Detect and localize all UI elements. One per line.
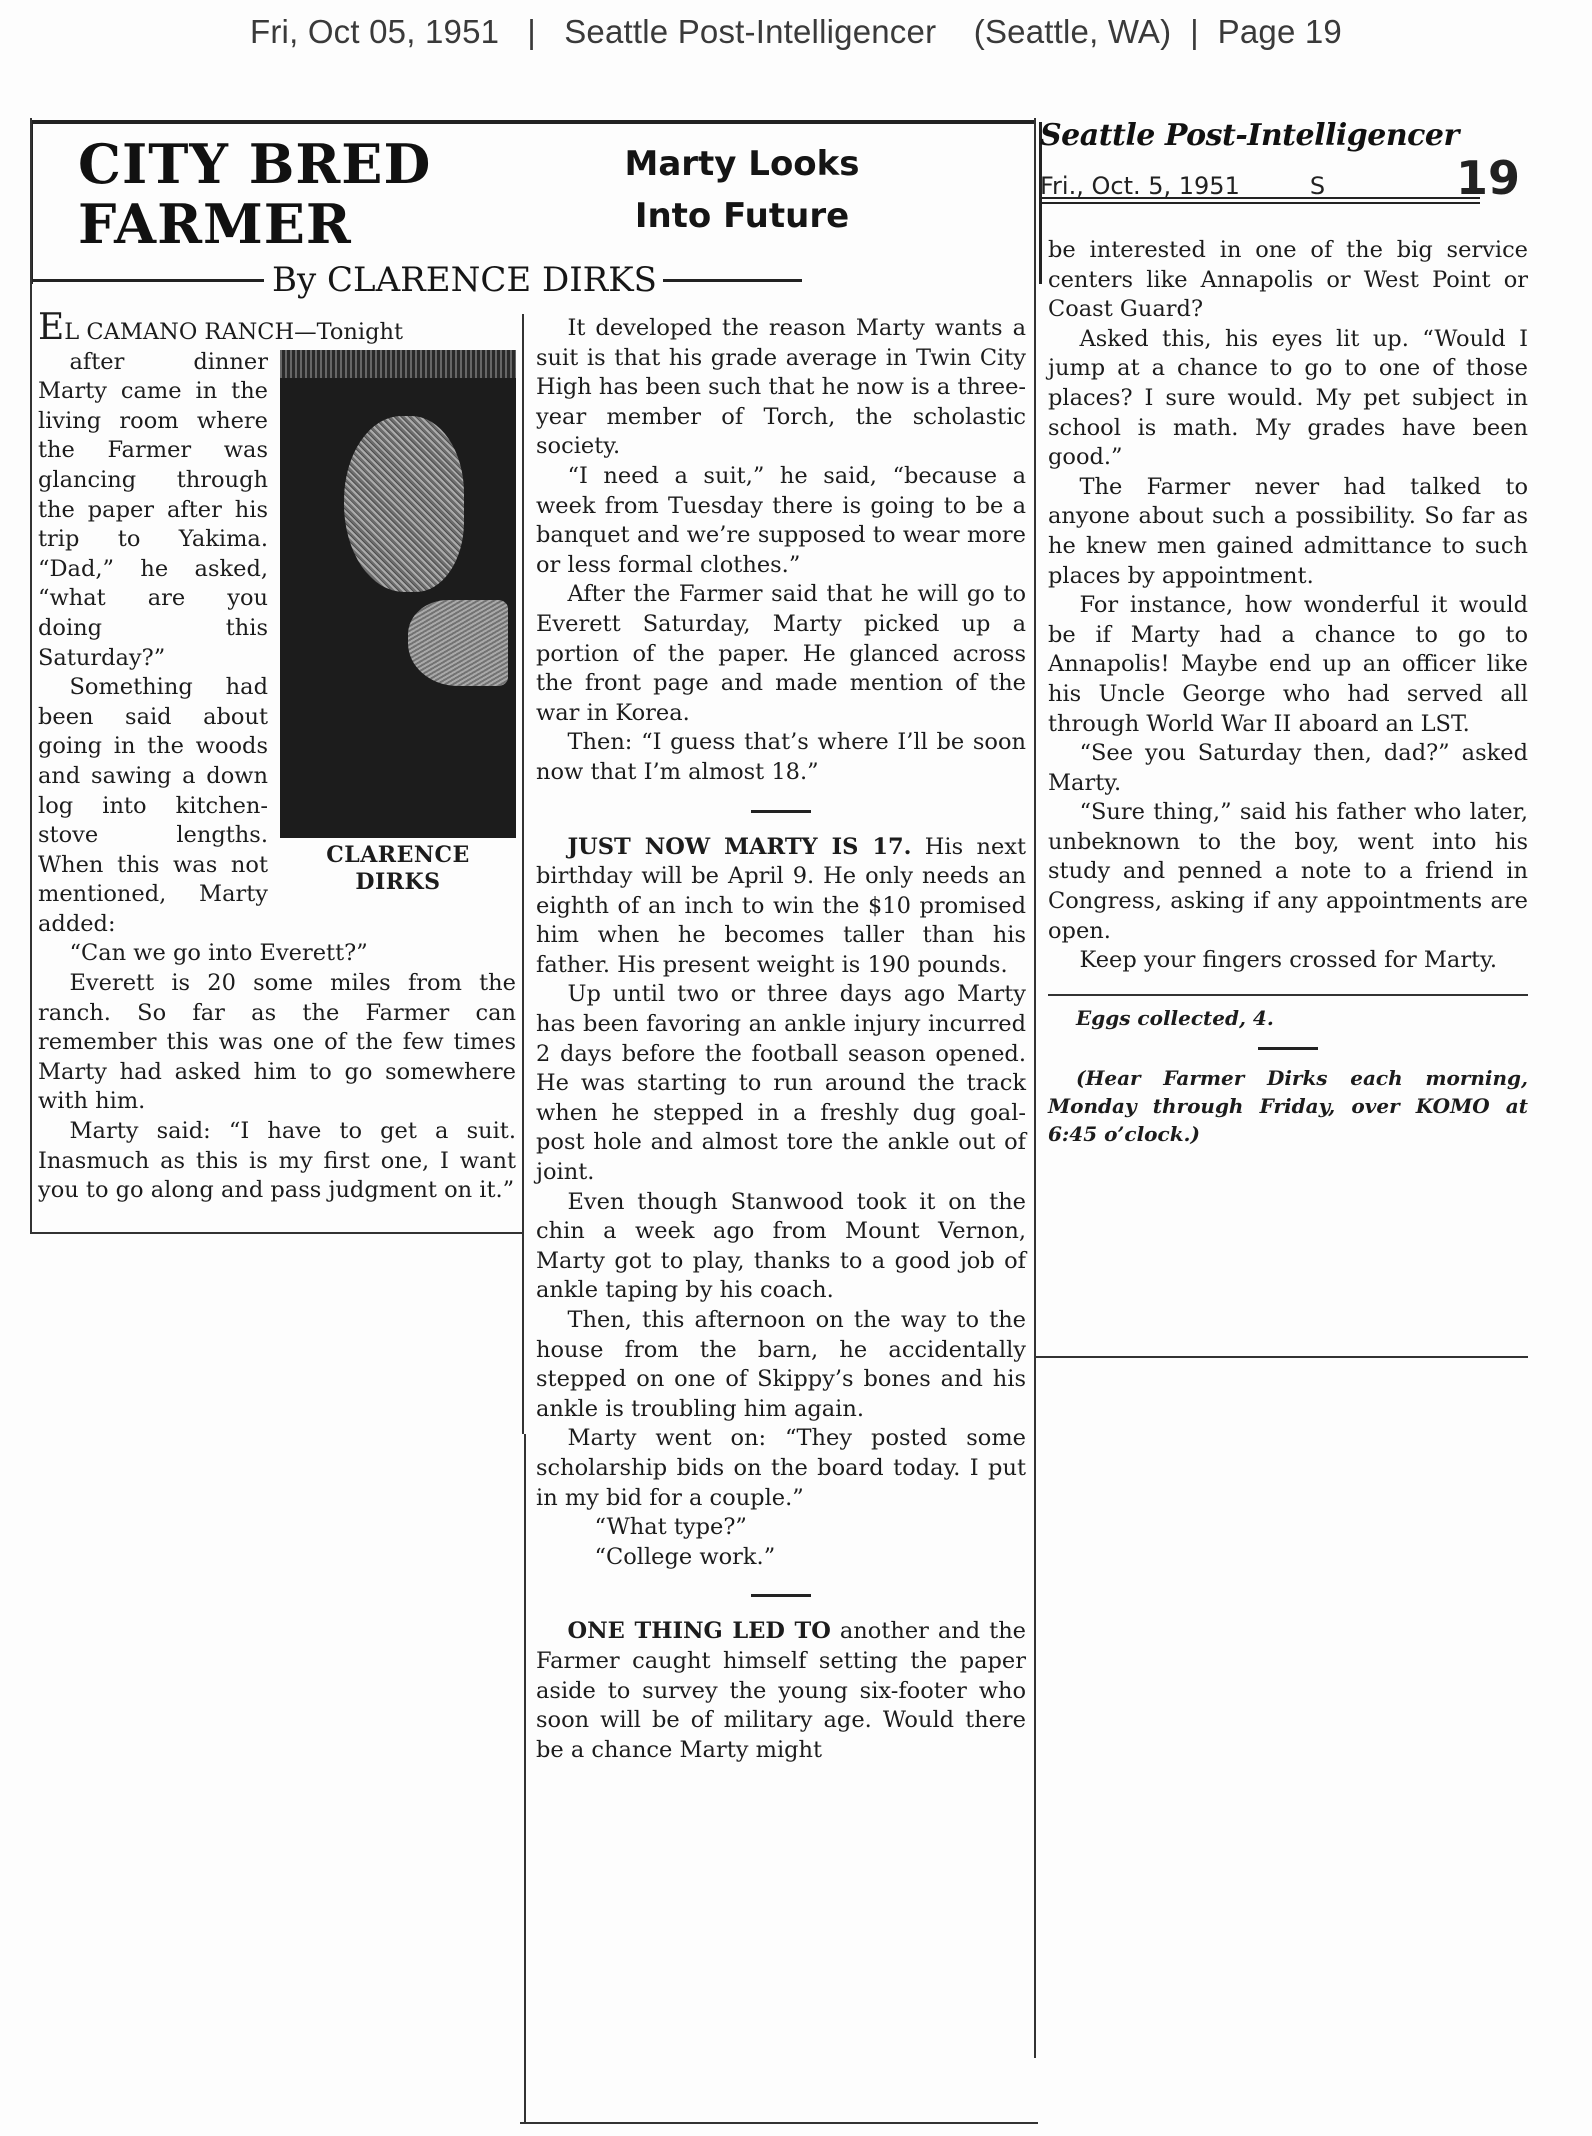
paragraph: For instance, how wonderful it would be … (1048, 591, 1528, 739)
radio-note: (Hear Farmer Dirks each morning, Monday … (1048, 1064, 1528, 1148)
portrait-photo-icon (280, 350, 516, 838)
header-date: Fri, Oct 05, 1951 (250, 13, 499, 50)
section-divider (751, 1594, 811, 1597)
paragraph: “College work.” (536, 1543, 1026, 1573)
column-rule (1034, 1356, 1528, 1358)
section-paragraph: JUST NOW MARTY IS 17. His next birthday … (536, 833, 1026, 981)
paragraph: After the Farmer said that he will go to… (536, 580, 1026, 728)
section-lead: JUST NOW MARTY IS 17. (568, 834, 912, 860)
section-divider (1258, 1047, 1318, 1050)
subhead-line2: Into Future (612, 190, 872, 242)
header-page: Page 19 (1218, 13, 1342, 50)
paragraph: “What type?” (536, 1513, 1026, 1543)
article-column-2: It developed the reason Marty wants a su… (530, 314, 1026, 1765)
masthead-date: Fri., Oct. 5, 1951 (1040, 172, 1240, 200)
masthead-edition: S (1310, 172, 1325, 200)
column-rule (524, 1434, 526, 2124)
paragraph: Even though Stanwood took it on the chin… (536, 1188, 1026, 1306)
section-lead: ONE THING LED TO (568, 1618, 831, 1644)
section-divider (1048, 994, 1528, 996)
author-photo-block: CLARENCE DIRKS (280, 350, 516, 896)
column-rule (30, 1232, 524, 1234)
paragraph: Everett is 20 some miles from the ranch.… (38, 969, 516, 1117)
dateline-text: L CAMANO RANCH—Tonight (64, 319, 403, 345)
byline-rule-left (32, 279, 264, 282)
paragraph: Then: “I guess that’s where I’ll be soon… (536, 728, 1026, 787)
newspaper-clipping: CITY BRED FARMER Marty Looks Into Future… (22, 118, 1532, 2128)
paragraph: “See you Saturday then, dad?” asked Mart… (1048, 739, 1528, 798)
paragraph: Marty said: “I have to get a suit. Inasm… (38, 1117, 516, 1206)
byline-text: By CLARENCE DIRKS (272, 260, 657, 300)
column-rule (1034, 118, 1036, 2058)
eggs-note: Eggs collected, 4. (1048, 1004, 1528, 1034)
dropcap: E (38, 307, 64, 348)
paragraph: It developed the reason Marty wants a su… (536, 314, 1026, 462)
header-separator: | (527, 13, 536, 50)
subhead-line1: Marty Looks (612, 138, 872, 190)
article-subhead: Marty Looks Into Future (612, 138, 872, 242)
dateline: EL CAMANO RANCH—Tonight (38, 314, 516, 348)
paragraph: The Farmer never had talked to anyone ab… (1048, 473, 1528, 591)
paragraph: Then, this afternoon on the way to the h… (536, 1306, 1026, 1424)
photo-caption-line2: DIRKS (280, 869, 516, 896)
column-title-line2: FARMER (78, 194, 431, 254)
paragraph: Up until two or three days ago Marty has… (536, 980, 1026, 1187)
masthead-page-number: 19 (1456, 151, 1520, 205)
paragraph: “Sure thing,” said his father who later,… (1048, 798, 1528, 946)
header-location: (Seattle, WA) (974, 13, 1172, 50)
section-divider (751, 810, 811, 813)
column-title-line1: CITY BRED (78, 134, 431, 194)
paragraph: “I need a suit,” he said, “because a wee… (536, 462, 1026, 580)
paragraph: be interested in one of the big service … (1048, 236, 1528, 325)
header-publication: Seattle Post-Intelligencer (564, 13, 936, 50)
column-rule (520, 2122, 1038, 2124)
paragraph: Asked this, his eyes lit up. “Would I ju… (1048, 325, 1528, 473)
photo-caption: CLARENCE DIRKS (280, 842, 516, 896)
masthead: Seattle Post-Intelligencer Fri., Oct. 5,… (1040, 118, 1530, 204)
header-separator: | (1190, 13, 1199, 50)
paragraph: “Can we go into Everett?” (38, 939, 516, 969)
byline: By CLARENCE DIRKS (32, 260, 802, 300)
column-title: CITY BRED FARMER (78, 134, 431, 254)
photo-caption-line1: CLARENCE (280, 842, 516, 869)
paragraph: Marty went on: “They posted some scholar… (536, 1424, 1026, 1513)
article-column-1: EL CAMANO RANCH—Tonight CLARENCE DIRKS a… (22, 314, 516, 1206)
masthead-name: Seattle Post-Intelligencer (1040, 118, 1530, 153)
paragraph: Keep your fingers crossed for Marty. (1048, 946, 1528, 976)
clipping-header: Fri, Oct 05, 1951 | Seattle Post-Intelli… (0, 0, 1592, 70)
article-column-3: be interested in one of the big service … (1042, 236, 1528, 1148)
byline-rule-right (663, 279, 802, 282)
column-rule (522, 314, 524, 1434)
section-paragraph: ONE THING LED TO another and the Farmer … (536, 1617, 1026, 1765)
